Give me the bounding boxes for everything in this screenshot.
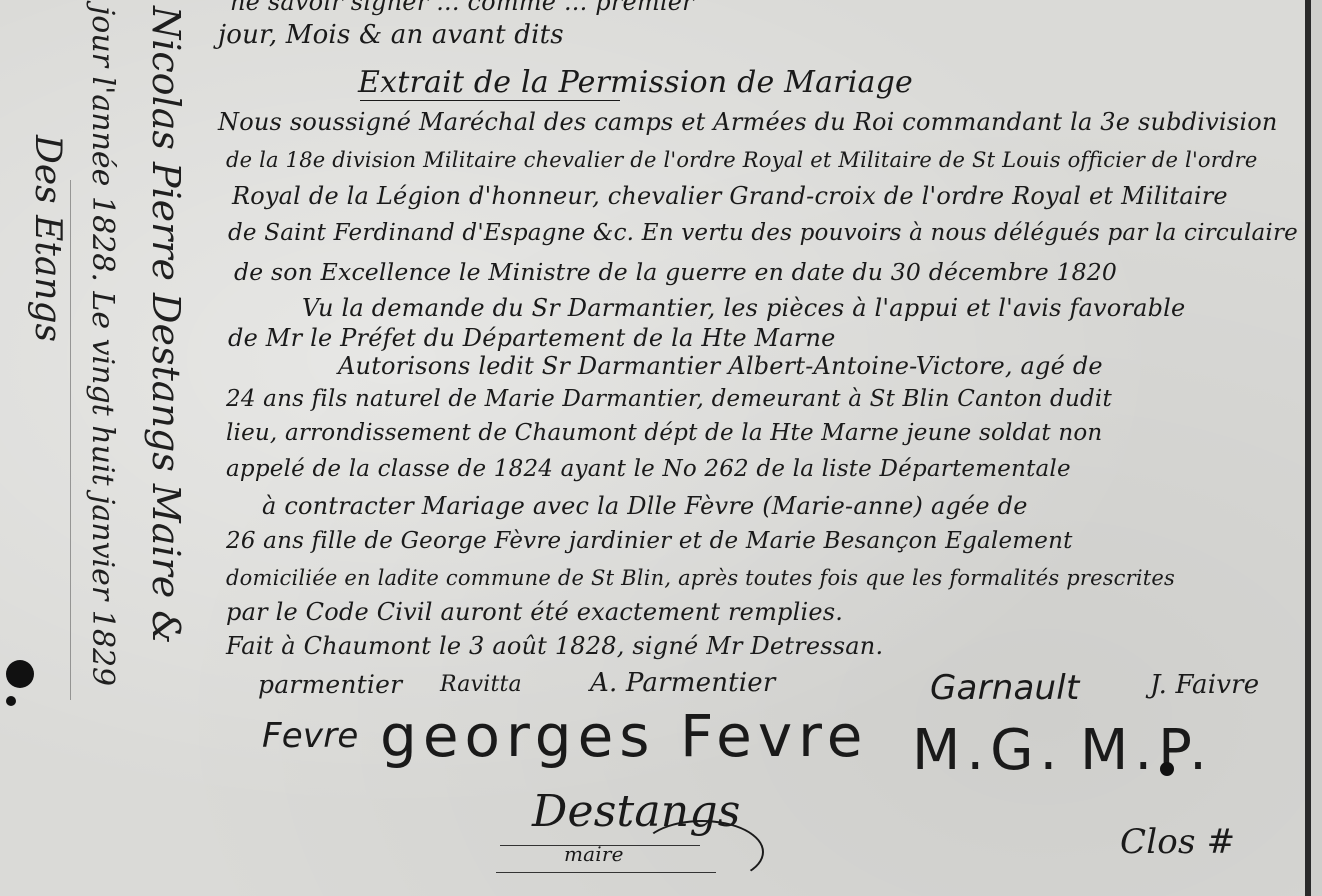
signature-garnault: Garnault	[930, 668, 1079, 708]
p3-line-7: domiciliée en ladite commune de St Blin,…	[226, 566, 1175, 590]
p1-line-3: Royal de la Légion d'honneur, chevalier …	[232, 182, 1228, 210]
ink-dot	[1160, 762, 1174, 776]
p1-line-5: de son Excellence le Ministre de la guer…	[234, 258, 1117, 286]
title-underline	[360, 100, 620, 101]
line-jour-mois: jour, Mois & an avant dits	[218, 20, 564, 50]
signature-parmentier: parmentier	[258, 670, 402, 699]
ink-blot	[6, 660, 34, 688]
margin-line-3: Des Etangs	[27, 135, 68, 342]
signature-mp: M.P.	[1080, 718, 1213, 783]
p1-line-4: de Saint Ferdinand d'Espagne &c. En vert…	[228, 220, 1298, 246]
mayor-title: maire	[564, 842, 624, 866]
p3-line-4: appelé de la classe de 1824 ayant le No …	[226, 456, 1071, 482]
signature-mg: M.G.	[912, 718, 1063, 783]
p2-line-1: Vu la demande du Sr Darmantier, les pièc…	[302, 294, 1185, 322]
closing-mark: Clos #	[1120, 822, 1235, 862]
p1-line-2: de la 18e division Militaire chevalier d…	[226, 148, 1258, 172]
p3-line-1: Autorisons ledit Sr Darmantier Albert-An…	[338, 352, 1103, 380]
signature-j-faivre: J. Faivre	[1150, 670, 1259, 700]
signature-georges-fevre: georges Fevre	[380, 702, 868, 770]
next-page-edge	[1311, 0, 1322, 896]
mayor-flourish	[640, 820, 764, 884]
p3-line-3: lieu, arrondissement de Chaumont dépt de…	[226, 420, 1102, 446]
signature-ravitta: Ravitta	[440, 672, 522, 697]
p3-line-2: 24 ans fils naturel de Marie Darmantier,…	[226, 386, 1112, 412]
p3-line-8: par le Code Civil auront été exactement …	[226, 598, 843, 626]
p2-line-2: de Mr le Préfet du Département de la Hte…	[228, 324, 836, 352]
p3-line-5: à contracter Mariage avec la Dlle Fèvre …	[262, 492, 1028, 520]
document-title: Extrait de la Permission de Mariage	[358, 65, 913, 100]
ink-blot-small	[6, 696, 16, 706]
margin-line-2: jour l'année 1828. Le vingt huit janvier…	[85, 6, 120, 686]
closing-line: Fait à Chaumont le 3 août 1828, signé Mr…	[226, 632, 883, 660]
margin-line-1: Nicolas Pierre Destangs Maire &	[144, 6, 188, 644]
margin-annotation: Nicolas Pierre Destangs Maire & jour l'a…	[0, 0, 200, 896]
signature-fevre: Fevre	[262, 716, 359, 756]
p3-line-6: 26 ans fille de George Fèvre jardinier e…	[226, 528, 1073, 554]
p1-line-1: Nous soussigné Maréchal des camps et Arm…	[218, 108, 1278, 136]
margin-rule	[70, 180, 71, 700]
cut-off-line: ne savoir signer ... comme ... premier	[230, 0, 694, 16]
signature-a-parmentier: A. Parmentier	[590, 668, 776, 698]
